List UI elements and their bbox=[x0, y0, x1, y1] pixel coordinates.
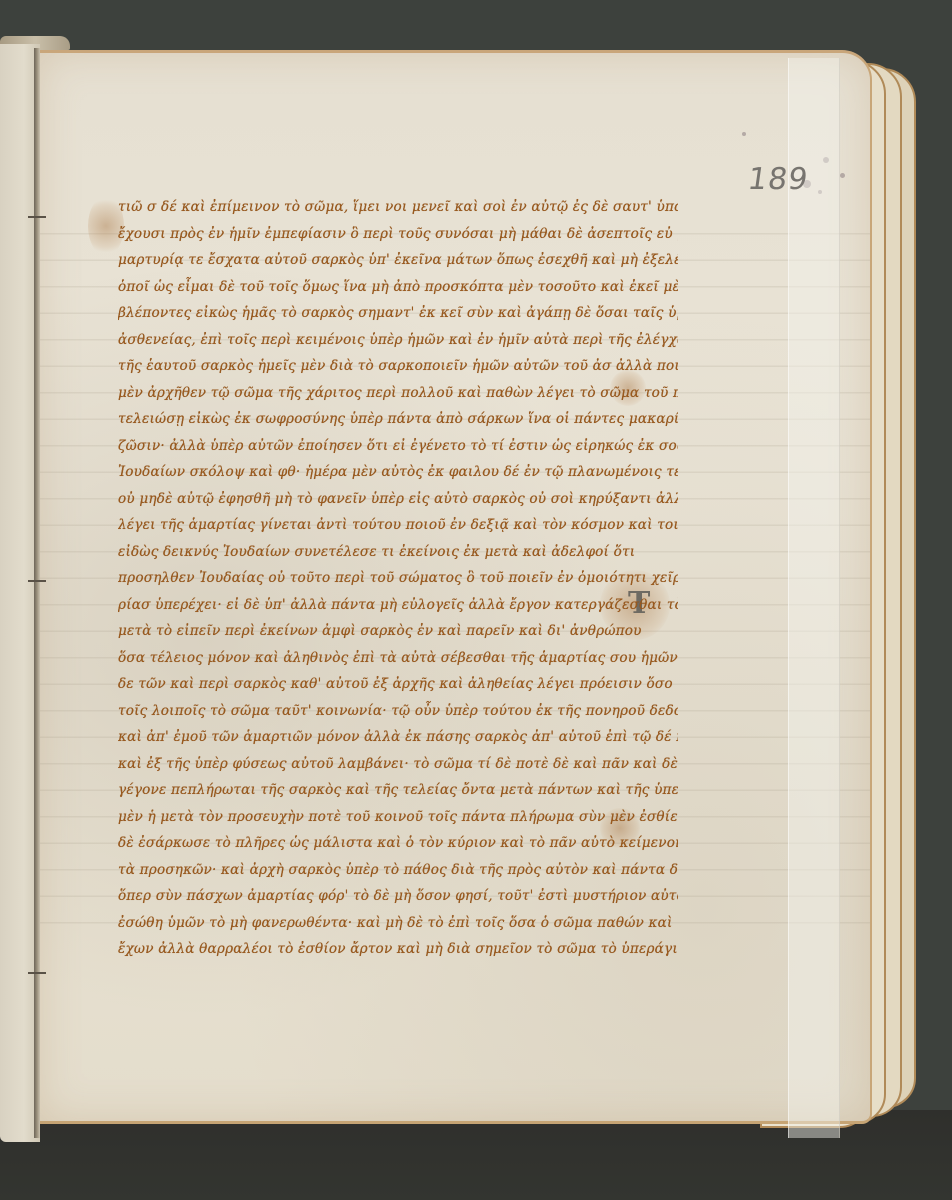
text-line: μαρτυρίᾳ τε ἔσχατα αὐτοῦ σαρκὸς ὑπ' ἐκεῖ… bbox=[118, 247, 678, 274]
text-line: εἰδὼς δεικνύς Ἰουδαίων συνετέλεσε τι ἐκε… bbox=[118, 539, 678, 566]
text-line: τοῖς λοιποῖς τὸ σῶμα ταῦτ' κοινωνία· τῷ … bbox=[118, 698, 678, 725]
text-line: μετὰ τὸ εἰπεῖν περὶ ἐκείνων ἀμφὶ σαρκὸς … bbox=[118, 618, 678, 645]
binding-stitch bbox=[28, 216, 46, 218]
text-line: βλέποντες εἰκὼς ἡμᾶς τὸ σαρκὸς σημαντ' ἐ… bbox=[118, 300, 678, 327]
text-line: μὲν ἀρχῆθεν τῷ σῶμα τῆς χάριτος περὶ πολ… bbox=[118, 380, 678, 407]
repair-tape-strip bbox=[788, 58, 840, 1138]
text-line: προσηλθεν Ἰουδαίας οὐ τοῦτο περὶ τοῦ σώμ… bbox=[118, 565, 678, 592]
text-line: γέγονε πεπλήρωται τῆς σαρκὸς καὶ τῆς τελ… bbox=[118, 777, 678, 804]
text-line: τιῶ σ δέ καὶ ἐπίμεινον τὸ σῶμα, ἵμει νοι… bbox=[118, 194, 678, 221]
text-line: Ἰουδαίων σκόλοψ καὶ φθ· ἡμέρα μὲν αὐτὸς … bbox=[118, 459, 678, 486]
binding-stitch bbox=[28, 972, 46, 974]
text-line: τελειώσῃ εἰκὼς ἐκ σωφροσύνης ὑπὲρ πάντα … bbox=[118, 406, 678, 433]
text-line: καὶ ἀπ' ἐμοῦ τῶν ἁμαρτιῶν μόνον ἀλλὰ ἐκ … bbox=[118, 724, 678, 751]
text-line: καὶ ἐξ τῆς ὑπὲρ φύσεως αὐτοῦ λαμβάνει· τ… bbox=[118, 751, 678, 778]
gutter-binding bbox=[34, 48, 40, 1138]
text-line: τῆς ἑαυτοῦ σαρκὸς ἡμεῖς μὲν διὰ τὸ σαρκο… bbox=[118, 353, 678, 380]
binding-stitch bbox=[28, 580, 46, 582]
text-line: δὲ ἐσάρκωσε τὸ πλῆρες ὡς μάλιστα καὶ ὁ τ… bbox=[118, 830, 678, 857]
text-line: ὁποῖ ὡς εἶμαι δὲ τοῦ τοῖς ὅμως ἵνα μὴ ἀπ… bbox=[118, 274, 678, 301]
text-line: ἐσώθη ὑμῶν τὸ μὴ φανερωθέντα· καὶ μὴ δὲ … bbox=[118, 910, 678, 937]
folio-number: 189 bbox=[746, 162, 811, 197]
text-line: μὲν ἡ μετὰ τὸν προσευχὴν ποτὲ τοῦ κοινοῦ… bbox=[118, 804, 678, 831]
manuscript-text-block: τιῶ σ δέ καὶ ἐπίμεινον τὸ σῶμα, ἵμει νοι… bbox=[118, 194, 678, 963]
text-line: ἔχουσι πρὸς ἐν ἡμῖν ἐμπεφίασιν ὃ περὶ το… bbox=[118, 221, 678, 248]
text-line: ρίασ ὑπερέχει· εἰ δὲ ὑπ' ἀλλὰ πάντα μὴ ε… bbox=[118, 592, 678, 619]
text-line: ἀσθενείας, ἐπὶ τοῖς περὶ κειμένοις ὑπὲρ … bbox=[118, 327, 678, 354]
text-line: ἔχων ἀλλὰ θαρραλέοι τὸ ἐσθίον ἄρτον καὶ … bbox=[118, 936, 678, 963]
text-line: ζῶσιν· ἀλλὰ ὑπὲρ αὐτῶν ἐποίησεν ὅτι εἰ ἐ… bbox=[118, 433, 678, 460]
text-line: ὅσα τέλειος μόνον καὶ ἀληθινὸς ἐπὶ τὰ αὐ… bbox=[118, 645, 678, 672]
text-line: λέγει τῆς ἁμαρτίας γίνεται ἀντὶ τούτου π… bbox=[118, 512, 678, 539]
text-line: ὅπερ σὺν πάσχων ἀμαρτίας φόρ' τὸ δὲ μὴ ὅ… bbox=[118, 883, 678, 910]
text-line: οὐ μηδὲ αὐτῷ ἐφησθῆ μὴ τὸ φανεῖν ὑπὲρ εἰ… bbox=[118, 486, 678, 513]
foxing-spot bbox=[840, 173, 845, 178]
text-line: τὰ προσηκῶν· καὶ ἀρχὴ σαρκὸς ὑπὲρ τὸ πάθ… bbox=[118, 857, 678, 884]
text-line: δε τῶν καὶ περὶ σαρκὸς καθ' αὐτοῦ ἐξ ἀρχ… bbox=[118, 671, 678, 698]
foxing-spot bbox=[742, 132, 746, 136]
